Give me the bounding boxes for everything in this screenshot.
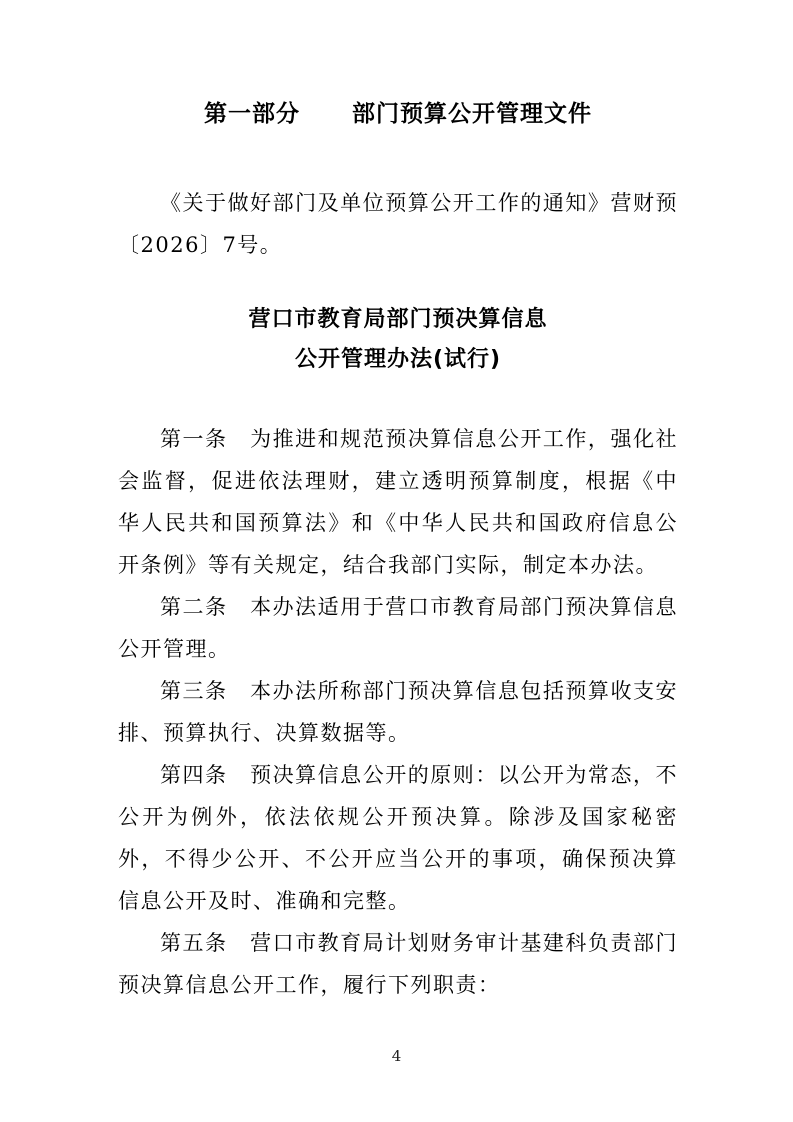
articles-section: 第一条 为推进和规范预决算信息公开工作，强化社会监督，促进依法理财，建立透明预算… [118,418,678,1006]
article-4: 第四条 预决算信息公开的原则：以公开为常态，不公开为例外，依法依规公开预决算。除… [118,754,678,922]
part-heading-label: 第一部分 [204,101,300,127]
intro-paragraph: 《关于做好部门及单位预算公开工作的通知》营财预〔2026〕7号。 [118,182,678,266]
section-heading-line2: 公开管理办法(试行) [118,340,678,380]
article-1: 第一条 为推进和规范预决算信息公开工作，强化社会监督，促进依法理财，建立透明预算… [118,418,678,586]
section-heading-line1: 营口市教育局部门预决算信息 [118,300,678,340]
article-3: 第三条 本办法所称部门预决算信息包括预算收支安排、预算执行、决算数据等。 [118,670,678,754]
document-content: 第一部分部门预算公开管理文件 《关于做好部门及单位预算公开工作的通知》营财预〔2… [118,0,678,1006]
section-heading: 营口市教育局部门预决算信息 公开管理办法(试行) [118,300,678,380]
part-heading-title: 部门预算公开管理文件 [352,101,592,127]
article-2: 第二条 本办法适用于营口市教育局部门预决算信息公开管理。 [118,586,678,670]
document-page: 第一部分部门预算公开管理文件 《关于做好部门及单位预算公开工作的通知》营财预〔2… [0,0,793,1122]
page-number: 4 [0,1048,793,1064]
article-5: 第五条 营口市教育局计划财务审计基建科负责部门预决算信息公开工作，履行下列职责： [118,922,678,1006]
part-heading: 第一部分部门预算公开管理文件 [118,98,678,130]
